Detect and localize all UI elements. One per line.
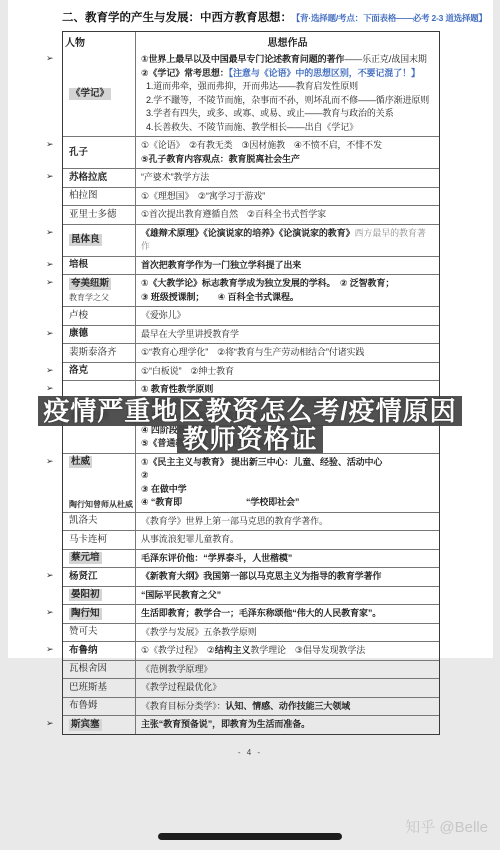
content-cell: 首次把教育学作为一门独立学科提了出来: [136, 257, 439, 275]
overlay-line-2: 教师资格证: [0, 426, 500, 453]
content-line: 生活即教育；教学合一；毛泽东称颂他“伟大的人民教育家”。: [141, 607, 434, 621]
table-row: ➢培根首次把教育学作为一门独立学科提了出来: [63, 256, 439, 275]
content-cell: 《爱弥儿》: [136, 307, 439, 325]
content-cell: ①首次提出教育遵循自然 ②百科全书式哲学家: [136, 206, 439, 224]
document-page: 二、教育学的产生与发展：中西方教育思想：【背·选择题/考点：下面表格——必考 2…: [8, 0, 493, 658]
content-cell: “国际平民教育之父”: [136, 587, 439, 605]
content-line: 1.道而弗牵，强而弗抑，开而弗达——教育启发性原则: [141, 80, 434, 94]
content-cell: ①世界上最早以及中国最早专门论述教育问题的著作——乐正克/战国末期②《学记》常考…: [136, 51, 439, 136]
content-cell: 《教育目标分类学》：认知、情感、动作技能三大领域: [136, 698, 439, 716]
person-cell: 裴斯泰洛齐: [63, 344, 136, 362]
person-cell: 杨贤江: [63, 568, 136, 586]
page-number: - 4 -: [62, 748, 438, 757]
content-line: ① 教育性教学原则: [141, 383, 434, 397]
person-cell: 卢梭: [63, 307, 136, 325]
table-row: 晏阳初“国际平民教育之父”: [63, 586, 439, 605]
content-line: “国际平民教育之父”: [141, 589, 434, 603]
content-line: ①《民主主义与教育》 提出新三中心：儿童、经验、活动中心: [141, 456, 434, 470]
person-name: 康德: [69, 328, 88, 340]
person-cell: 赞可夫: [63, 624, 136, 642]
content-line: ①《理想国》 ②“寓学习于游戏”: [141, 190, 434, 204]
content-line: 毛泽东评价他：“学界泰斗，人世楷模”: [141, 552, 434, 566]
arrow-mark-icon: ➢: [46, 171, 54, 182]
table-row: ➢杨贤江《新教育大纲》我国第一部以马克思主义为指导的教育学著作: [63, 567, 439, 586]
person-name: 培根: [69, 259, 88, 271]
arrow-mark-icon: ➢: [46, 365, 54, 376]
content-cell: 《范例教学原理》: [136, 661, 439, 679]
table-row: ➢陶行知生活即教育；教学合一；毛泽东称颂他“伟大的人民教育家”。: [63, 604, 439, 623]
arrow-mark-icon: ➢: [46, 718, 54, 729]
content-line: 3.学者有四失，或多、或寡、或易、或止——教育与政治的关系: [141, 107, 434, 121]
content-cell: 《教学过程最优化》: [136, 679, 439, 697]
table-row: ➢夸美纽斯教育学之父①《大教学论》标志教育学成为独立发展的学科。 ② 泛智教育；…: [63, 274, 439, 306]
content-line: 《新教育大纲》我国第一部以马克思主义为指导的教育学著作: [141, 570, 434, 584]
arrow-mark-icon: ➢: [46, 277, 54, 288]
person-name: 斯宾塞: [69, 719, 102, 731]
table-row: ➢布鲁纳①《教学过程》 ②结构主义教学理论 ③倡导发现教学法: [63, 641, 439, 660]
person-cell: 苏格拉底: [63, 169, 136, 187]
content-line: ③ 在做中学: [141, 483, 434, 497]
person-name: 亚里士多德: [69, 209, 117, 221]
content-line: 从事流浪犯罪儿童教育。: [141, 533, 434, 547]
person-cell: 康德: [63, 326, 136, 344]
content-cell: ①“教育心理学化” ②将“教育与生产劳动相结合”付诸实践: [136, 344, 439, 362]
table-row: ➢斯宾塞主张“教育预备说”，即教育为生活而准备。: [63, 715, 439, 734]
person-cell: 布鲁纳: [63, 642, 136, 660]
person-name: 赞可夫: [69, 626, 98, 638]
person-name: 《学记》: [69, 88, 111, 100]
person-subnote: 陶行知曾师从杜威: [69, 499, 133, 510]
content-line: ⑤孔子教育内容观点：教育脱离社会生产: [141, 153, 434, 167]
arrow-mark-icon: ➢: [46, 607, 54, 618]
content-line: ①首次提出教育遵循自然 ②百科全书式哲学家: [141, 208, 434, 222]
content-line: 首次把教育学作为一门独立学科提了出来: [141, 259, 434, 273]
content-line: “产婆术”教学方法: [141, 171, 434, 185]
person-cell: 洛克: [63, 363, 136, 381]
person-cell: 孔子: [63, 137, 136, 168]
table-row: 赞可夫《教学与发展》五条教学原则: [63, 623, 439, 642]
person-cell: 《学记》: [63, 51, 136, 136]
person-name: 苏格拉底: [69, 172, 107, 184]
overlay-banner: 疫情严重地区教资怎么考/疫情原因 教师资格证: [0, 396, 500, 453]
table-row: ➢苏格拉底“产婆术”教学方法: [63, 168, 439, 187]
person-name: 洛克: [69, 365, 88, 377]
person-name: 瓦根舍因: [69, 663, 107, 675]
content-line: ①《教学过程》 ②结构主义教学理论 ③倡导发现教学法: [141, 644, 434, 658]
table-row: 裴斯泰洛齐①“教育心理学化” ②将“教育与生产劳动相结合”付诸实践: [63, 343, 439, 362]
document-content: 二、教育学的产生与发展：中西方教育思想：【背·选择题/考点：下面表格——必考 2…: [8, 0, 493, 757]
content-line: ②《学记》常考思想：【注意与《论语》中的思想区别，不要记混了！】: [141, 67, 434, 81]
person-cell: 陶行知: [63, 605, 136, 623]
content-line: 《范例教学原理》: [141, 663, 434, 677]
person-cell: 昆体良: [63, 225, 136, 256]
content-cell: 主张“教育预备说”，即教育为生活而准备。: [136, 716, 439, 734]
content-cell: ①《论语》 ②有教无类 ③因材施教 ④不愤不启，不悱不发⑤孔子教育内容观点：教育…: [136, 137, 439, 168]
person-name: 马卡连柯: [69, 534, 107, 546]
table-row: 马卡连柯从事流浪犯罪儿童教育。: [63, 530, 439, 549]
table-row: ➢洛克①“白板说” ②绅士教育: [63, 362, 439, 381]
person-cell: 斯宾塞: [63, 716, 136, 734]
person-cell: 杜威陶行知曾师从杜威: [63, 454, 136, 512]
content-line: 《教学过程最优化》: [141, 681, 434, 695]
person-name: 布鲁纳: [69, 645, 98, 657]
arrow-mark-icon: ➢: [46, 570, 54, 581]
content-line: ③ 班级授课制； ④ 百科全书式课程。: [141, 291, 434, 305]
table-row: 凯洛夫《教育学》世界上第一部马克思的教育学著作。: [63, 512, 439, 531]
person-name: 夸美纽斯: [69, 278, 111, 290]
content-line: ②: [141, 469, 434, 483]
person-cell: 蔡元培: [63, 550, 136, 568]
content-cell: 《雄辩术原理》《论演说家的培养》《论演说家的教育》西方最早的教育著作: [136, 225, 439, 256]
person-cell: 凯洛夫: [63, 513, 136, 531]
content-cell: 《新教育大纲》我国第一部以马克思主义为指导的教育学著作: [136, 568, 439, 586]
content-line: 《爱弥儿》: [141, 309, 434, 323]
content-cell: ①“白板说” ②绅士教育: [136, 363, 439, 381]
arrow-mark-icon: ➢: [46, 227, 54, 238]
home-indicator[interactable]: [158, 833, 342, 840]
person-cell: 夸美纽斯教育学之父: [63, 275, 136, 306]
content-line: 最早在大学里讲授教育学: [141, 328, 434, 342]
content-line: 《教育学》世界上第一部马克思的教育学著作。: [141, 515, 434, 529]
content-line: ①“教育心理学化” ②将“教育与生产劳动相结合”付诸实践: [141, 346, 434, 360]
person-name: 卢梭: [69, 310, 88, 322]
person-cell: 培根: [63, 257, 136, 275]
content-cell: 最早在大学里讲授教育学: [136, 326, 439, 344]
content-line: 《教学与发展》五条教学原则: [141, 626, 434, 640]
content-line: ①“白板说” ②绅士教育: [141, 365, 434, 379]
table-header-works: 思想作品: [136, 32, 439, 51]
table-row: ➢《学记》①世界上最早以及中国最早专门论述教育问题的著作——乐正克/战国末期②《…: [63, 51, 439, 136]
watermark: 知乎 @Belle: [405, 816, 488, 837]
table-row: ➢杜威陶行知曾师从杜威①《民主主义与教育》 提出新三中心：儿童、经验、活动中心②…: [63, 453, 439, 512]
person-cell: 布鲁姆: [63, 698, 136, 716]
person-name: 柏拉图: [69, 190, 98, 202]
content-cell: 生活即教育；教学合一；毛泽东称颂他“伟大的人民教育家”。: [136, 605, 439, 623]
content-line: 《雄辩术原理》《论演说家的培养》《论演说家的教育》西方最早的教育著作: [141, 227, 434, 254]
overlay-line-1: 疫情严重地区教资怎么考/疫情原因: [0, 396, 500, 426]
content-cell: ①《大教学论》标志教育学成为独立发展的学科。 ② 泛智教育；③ 班级授课制； ④…: [136, 275, 439, 306]
table-header-row: 人物 思想作品: [63, 32, 439, 51]
person-name: 裴斯泰洛齐: [69, 347, 117, 359]
person-subnote: 教育学之父: [69, 292, 109, 303]
section-heading: 二、教育学的产生与发展：中西方教育思想：【背·选择题/考点：下面表格——必考 2…: [62, 8, 483, 26]
content-cell: ①《理想国》 ②“寓学习于游戏”: [136, 188, 439, 206]
content-line: 2.学不躐等，不陵节而施，杂事而不孙，则坏乱而不修——循序渐进原则: [141, 94, 434, 108]
content-cell: 《教育学》世界上第一部马克思的教育学著作。: [136, 513, 439, 531]
arrow-mark-icon: ➢: [46, 53, 54, 64]
person-name: 布鲁姆: [69, 700, 98, 712]
section-note: 【背·选择题/考点：下面表格——必考 2-3 道选择题】: [296, 13, 487, 23]
content-line: 《教育目标分类学》：认知、情感、动作技能三大领域: [141, 700, 434, 714]
table-row: 卢梭《爱弥儿》: [63, 306, 439, 325]
arrow-mark-icon: ➢: [46, 456, 54, 467]
arrow-mark-icon: ➢: [46, 383, 54, 394]
arrow-mark-icon: ➢: [46, 328, 54, 339]
content-cell: ①《民主主义与教育》 提出新三中心：儿童、经验、活动中心②③ 在做中学④ “教育…: [136, 454, 439, 512]
person-cell: 巴班斯基: [63, 679, 136, 697]
person-cell: 柏拉图: [63, 188, 136, 206]
screenshot-root: { "heading": { "title": "二、教育学的产生与发展：中西方…: [0, 0, 500, 850]
person-name: 孔子: [69, 147, 88, 159]
section-title: 二、教育学的产生与发展：中西方教育思想：: [62, 12, 292, 24]
person-cell: 晏阳初: [63, 587, 136, 605]
content-line: ①《论语》 ②有教无类 ③因材施教 ④不愤不启，不悱不发: [141, 139, 434, 153]
table-row: ➢昆体良《雄辩术原理》《论演说家的培养》《论演说家的教育》西方最早的教育著作: [63, 224, 439, 256]
person-name: 陶行知: [69, 608, 102, 620]
person-name: 巴班斯基: [69, 682, 107, 694]
table-row: 瓦根舍因《范例教学原理》: [63, 660, 439, 679]
person-name: 昆体良: [69, 234, 102, 246]
arrow-mark-icon: ➢: [46, 259, 54, 270]
person-name: 杜威: [69, 456, 92, 468]
content-cell: 毛泽东评价他：“学界泰斗，人世楷模”: [136, 550, 439, 568]
person-cell: 瓦根舍因: [63, 661, 136, 679]
content-line: 主张“教育预备说”，即教育为生活而准备。: [141, 718, 434, 732]
table-row: 柏拉图①《理想国》 ②“寓学习于游戏”: [63, 187, 439, 206]
content-cell: ①《教学过程》 ②结构主义教学理论 ③倡导发现教学法: [136, 642, 439, 660]
content-line: 4.长善救失、不陵节而施、教学相长——出自《学记》: [141, 121, 434, 135]
table-row: 亚里士多德①首次提出教育遵循自然 ②百科全书式哲学家: [63, 205, 439, 224]
table-row: 巴班斯基《教学过程最优化》: [63, 678, 439, 697]
content-cell: 从事流浪犯罪儿童教育。: [136, 531, 439, 549]
content-line: ①《大教学论》标志教育学成为独立发展的学科。 ② 泛智教育；: [141, 277, 434, 291]
table-row: ➢孔子①《论语》 ②有教无类 ③因材施教 ④不愤不启，不悱不发⑤孔子教育内容观点…: [63, 136, 439, 168]
thinkers-table: 人物 思想作品 ➢《学记》①世界上最早以及中国最早专门论述教育问题的著作——乐正…: [62, 31, 440, 735]
person-cell: 马卡连柯: [63, 531, 136, 549]
table-body: ➢《学记》①世界上最早以及中国最早专门论述教育问题的著作——乐正克/战国末期②《…: [63, 51, 439, 734]
content-line: ④ “教育即“学校即社会”: [141, 496, 434, 510]
table-row: ➢康德最早在大学里讲授教育学: [63, 325, 439, 344]
arrow-mark-icon: ➢: [46, 139, 54, 150]
content-line: ①世界上最早以及中国最早专门论述教育问题的著作——乐正克/战国末期: [141, 53, 434, 67]
person-cell: 亚里士多德: [63, 206, 136, 224]
table-header-person: 人物: [63, 32, 136, 51]
person-name: 蔡元培: [69, 552, 102, 564]
arrow-mark-icon: ➢: [46, 644, 54, 655]
person-name: 杨贤江: [69, 571, 98, 583]
content-cell: 《教学与发展》五条教学原则: [136, 624, 439, 642]
table-row: 蔡元培毛泽东评价他：“学界泰斗，人世楷模”: [63, 549, 439, 568]
table-row: 布鲁姆《教育目标分类学》：认知、情感、动作技能三大领域: [63, 697, 439, 716]
person-name: 晏阳初: [69, 589, 102, 601]
content-cell: “产婆术”教学方法: [136, 169, 439, 187]
person-name: 凯洛夫: [69, 515, 98, 527]
